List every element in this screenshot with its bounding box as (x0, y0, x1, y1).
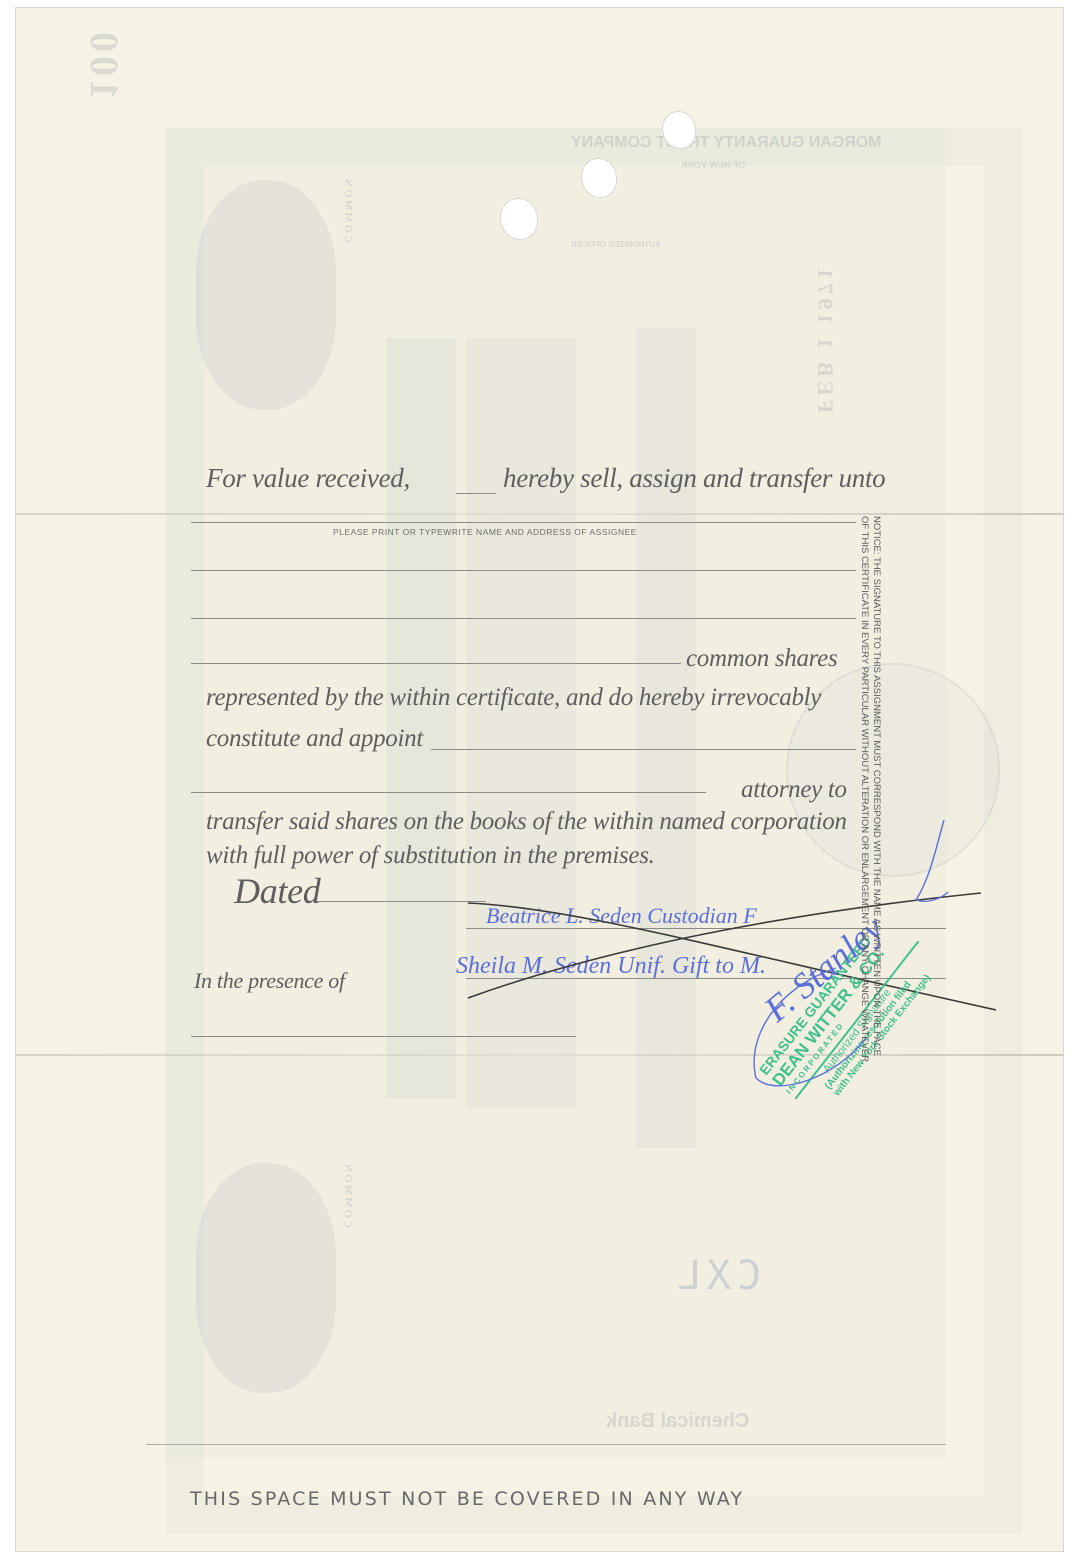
fold-crease-upper (16, 513, 1063, 515)
address-line-1[interactable] (191, 570, 856, 571)
notice-line-2: OF THIS CERTIFICATE IN EVERY PARTICULAR … (858, 516, 870, 1065)
cancel-punch-hole (662, 111, 696, 149)
do-not-cover-notice: THIS SPACE MUST NOT BE COVERED IN ANY WA… (190, 1488, 744, 1510)
show-through-registrar: Chemical Bank (606, 1410, 749, 1433)
show-through-denomination: 100 (81, 28, 128, 100)
notice-line-1: NOTICE: THE SIGNATURE TO THIS ASSIGNMENT… (870, 516, 882, 1065)
attorney-line[interactable] (191, 792, 706, 793)
for-value-received-text: For value received, (206, 463, 410, 494)
cancel-punch-hole (500, 198, 538, 240)
show-through-common-bottom: COMMON (342, 1162, 354, 1228)
lower-box-line (146, 1444, 946, 1445)
assignee-line[interactable] (191, 522, 856, 523)
show-through-vignette-top (196, 180, 336, 410)
sell-assign-transfer-text: hereby sell, assign and transfer unto (503, 463, 885, 494)
show-through-transfer-agent: MORGAN GUARANTY TRUST COMPANY (571, 134, 882, 152)
guarantor-signature-loop (716, 808, 956, 1098)
cancellation-perforation: CXL (671, 1253, 761, 1299)
in-presence-of-label: In the presence of (194, 968, 345, 994)
represented-text: represented by the within certificate, a… (206, 684, 821, 712)
cancel-punch-hole (581, 158, 617, 198)
common-shares-text: common shares (686, 645, 837, 673)
shares-count-line[interactable] (191, 663, 681, 664)
substitution-text: with full power of substitution in the p… (206, 842, 655, 870)
show-through-vignette-bottom (196, 1163, 336, 1393)
show-through-date-stamp: FEB 1 1971 (812, 264, 838, 413)
attorney-to-text: attorney to (741, 776, 847, 804)
address-line-2[interactable] (191, 618, 856, 619)
show-through-transfer-agent-sub: OF NEW YORK (681, 160, 745, 170)
witness-line[interactable] (191, 1036, 576, 1037)
dated-label: Dated (234, 870, 320, 912)
constitute-appoint-text: constitute and appoint (206, 725, 423, 753)
assignee-caption: PLEASE PRINT OR TYPEWRITE NAME AND ADDRE… (333, 527, 637, 537)
assignor-blank-line (456, 493, 496, 494)
certificate-back: MORGAN GUARANTY TRUST COMPANY OF NEW YOR… (16, 8, 1063, 1551)
attorney-name-line[interactable] (431, 749, 856, 750)
show-through-authorized-officer: AUTHORIZED OFFICER (571, 240, 661, 249)
show-through-common-top: COMMON (342, 177, 354, 243)
